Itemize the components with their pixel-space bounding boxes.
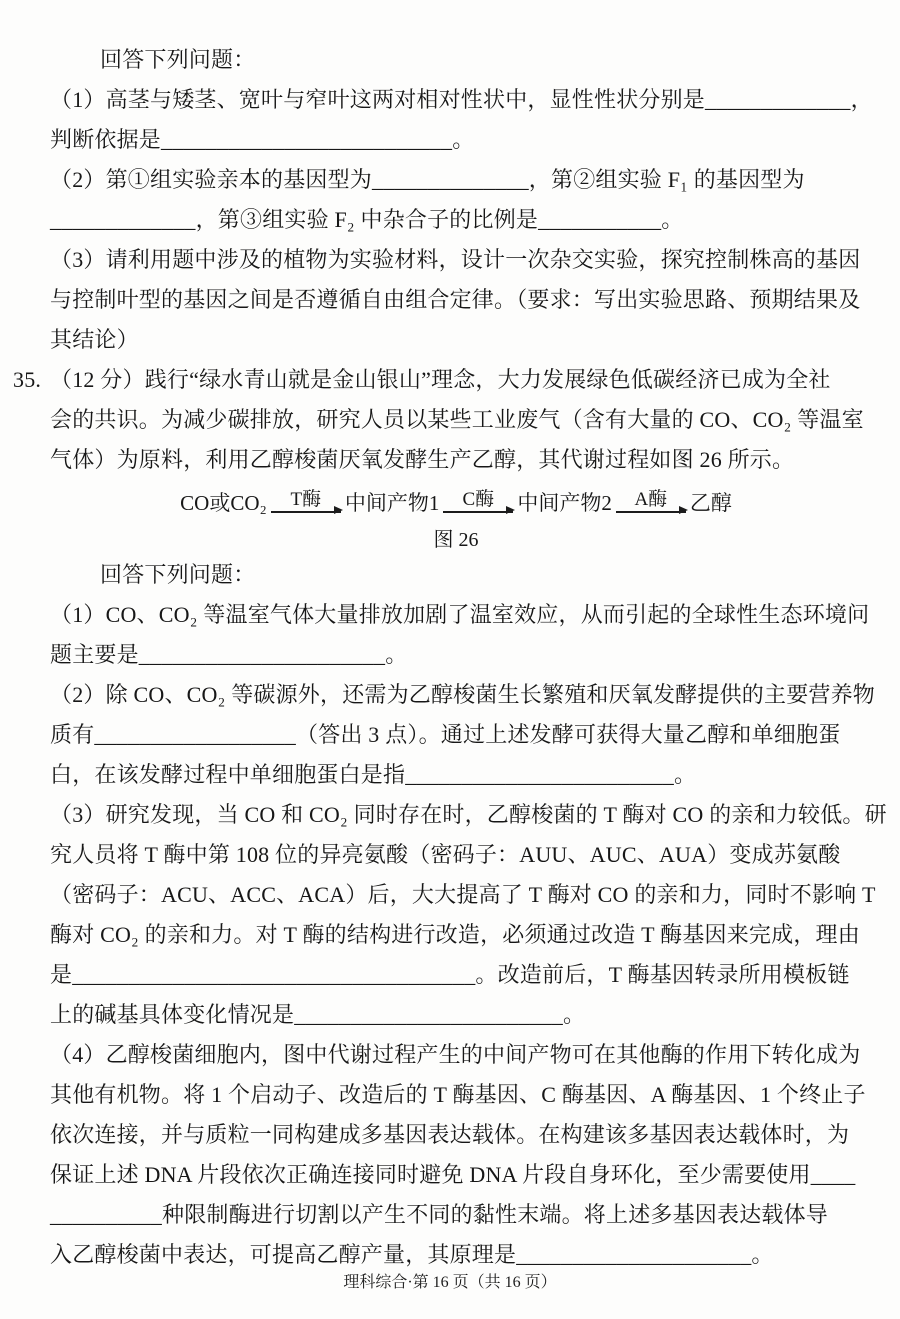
text-line: 白，在该发酵过程中单细胞蛋白是指________________________…	[50, 755, 862, 795]
exam-page: 回答下列问题： （1）高茎与矮茎、宽叶与窄叶这两对相对性状中，显性性状分别是__…	[0, 0, 900, 1319]
text-line: 上的碱基具体变化情况是________________________。	[50, 995, 862, 1035]
text-line: 会的共识。为减少碳排放，研究人员以某些工业废气（含有大量的 CO、CO₂ 等温室	[50, 400, 862, 440]
figure-caption: 图 26	[50, 526, 862, 555]
pathway-intermediate-1: 中间产物1	[345, 491, 440, 515]
text-line: 其他有机物。将 1 个启动子、改造后的 T 酶基因、C 酶基因、A 酶基因、1 …	[50, 1075, 862, 1115]
text-line: 依次连接，并与质粒一同构建成多基因表达载体。在构建该多基因表达载体时，为	[50, 1115, 862, 1155]
text-line: （密码子：ACU、ACC、ACA）后，大大提高了 T 酶对 CO 的亲和力，同时…	[50, 875, 862, 915]
text-line: （2）第①组实验亲本的基因型为______________，第②组实验 F₁ 的…	[50, 160, 862, 200]
question-number: 35.	[13, 360, 41, 400]
text-column: 回答下列问题： （1）高茎与矮茎、宽叶与窄叶这两对相对性状中，显性性状分别是__…	[50, 40, 862, 1275]
text-line: （2）除 CO、CO₂ 等碳源外，还需为乙醇梭菌生长繁殖和厌氧发酵提供的主要营养…	[50, 675, 862, 715]
enzyme-label-c: C酶	[462, 490, 494, 510]
text-line: 判断依据是__________________________。	[50, 120, 862, 160]
text-line: 入乙醇梭菌中表达，可提高乙醇产量，其原理是___________________…	[50, 1235, 862, 1275]
text-line: 究人员将 T 酶中第 108 位的异亮氨酸（密码子：AUU、AUC、AUA）变成…	[50, 835, 862, 875]
text-line: 题主要是______________________。	[50, 635, 862, 675]
pathway-substrate: CO或CO₂	[180, 491, 267, 515]
q35-prompt: 回答下列问题：	[50, 555, 862, 595]
text-line: （3）研究发现，当 CO 和 CO₂ 同时存在时，乙醇梭菌的 T 酶对 CO 的…	[50, 795, 862, 835]
enzyme-label-t: T酶	[291, 490, 322, 510]
q35-intro-line: （12 分）践行“绿水青山就是金山银山”理念，大力发展绿色低碳经济已成为全社	[50, 367, 831, 392]
page-footer: 理科综合·第 16 页（共 16 页）	[0, 1270, 900, 1296]
text-line: __________种限制酶进行切割以产生不同的黏性末端。将上述多基因表达载体导	[50, 1195, 862, 1235]
text-line: （4）乙醇梭菌细胞内，图中代谢过程产生的中间产物可在其他酶的作用下转化成为	[50, 1035, 862, 1075]
text-line: 是____________________________________。改造…	[50, 955, 862, 995]
text-line: 与控制叶型的基因之间是否遵循自由组合定律。（要求：写出实验思路、预期结果及	[50, 280, 862, 320]
pathway-intermediate-2: 中间产物2	[517, 491, 612, 515]
text-line: _____________，第③组实验 F₂ 中杂合子的比例是_________…	[50, 200, 862, 240]
text-line: 其结论）	[50, 320, 862, 360]
text-line: 气体）为原料，利用乙醇梭菌厌氧发酵生产乙醇，其代谢过程如图 26 所示。	[50, 440, 862, 480]
text-line: （3）请利用题中涉及的植物为实验材料，设计一次杂交实验，探究控制株高的基因	[50, 240, 862, 280]
reaction-step-1: T酶	[271, 490, 341, 513]
q35-first-line: 35. （12 分）践行“绿水青山就是金山银山”理念，大力发展绿色低碳经济已成为…	[50, 360, 862, 400]
right-arrow-icon	[616, 511, 686, 513]
enzyme-label-a: A酶	[634, 490, 667, 510]
text-line: （1）高茎与矮茎、宽叶与窄叶这两对相对性状中，显性性状分别是__________…	[50, 80, 862, 120]
reaction-step-2: C酶	[443, 490, 513, 513]
text-line: （1）CO、CO₂ 等温室气体大量排放加剧了温室效应，从而引起的全球性生态环境问	[50, 595, 862, 635]
q34-prompt: 回答下列问题：	[50, 40, 862, 80]
right-arrow-icon	[443, 511, 513, 513]
text-line: 质有__________________（答出 3 点）。通过上述发酵可获得大量…	[50, 715, 862, 755]
reaction-step-3: A酶	[616, 490, 686, 513]
pathway-product: 乙醇	[690, 491, 732, 515]
text-line: 保证上述 DNA 片段依次正确连接同时避免 DNA 片段自身环化，至少需要使用_…	[50, 1155, 862, 1195]
text-line: 酶对 CO₂ 的亲和力。对 T 酶的结构进行改造，必须通过改造 T 酶基因来完成…	[50, 915, 862, 955]
figure-26: CO或CO₂ T酶 中间产物1 C酶 中间产物2 A酶 乙醇 图 26	[50, 480, 862, 555]
metabolic-pathway-diagram: CO或CO₂ T酶 中间产物1 C酶 中间产物2 A酶 乙醇	[50, 480, 862, 526]
right-arrow-icon	[271, 511, 341, 513]
